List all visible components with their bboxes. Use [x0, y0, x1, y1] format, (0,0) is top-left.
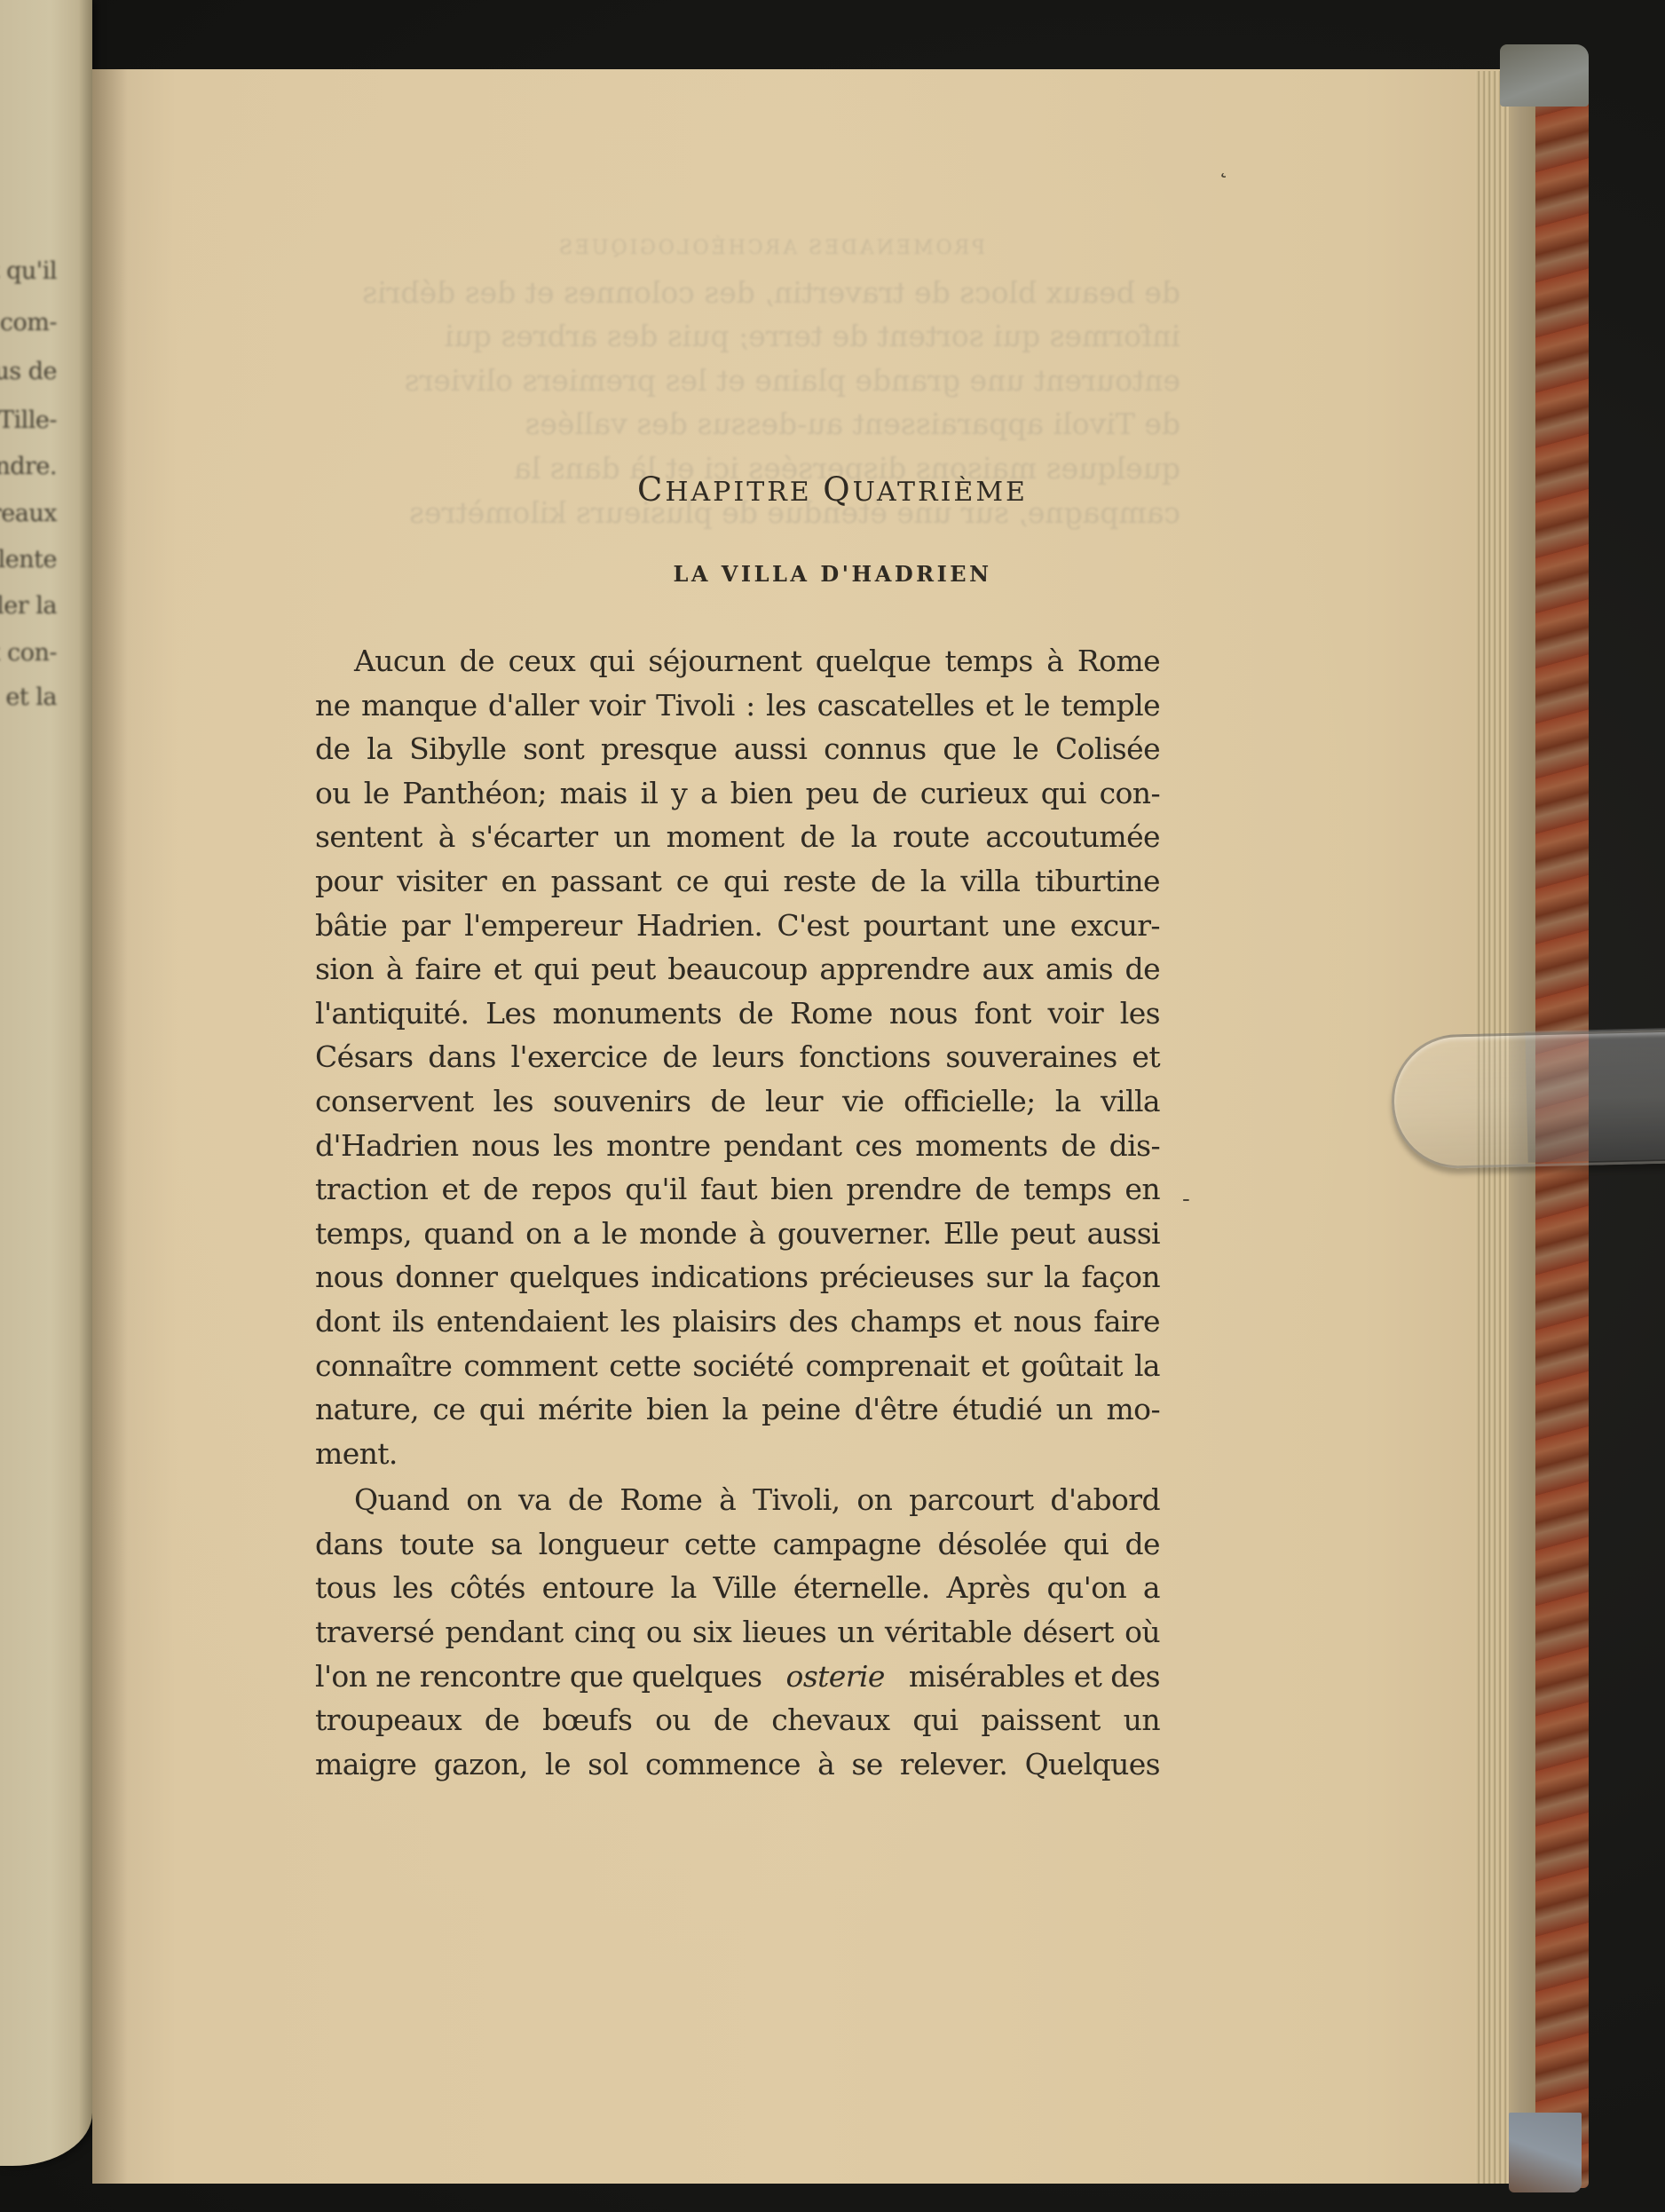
left-fragment-line: Tille-: [0, 407, 57, 434]
italic-word: osterie: [786, 1655, 885, 1699]
text-line: sentent à s'écarter un moment de la rout…: [315, 815, 1160, 859]
gutter-shadow: [92, 69, 128, 2184]
text-fragment: misérables et des: [900, 1655, 1160, 1699]
text-line: ne manque d'aller voir Tivoli : les casc…: [315, 683, 1160, 728]
text-line: nous donner quelques indications précieu…: [315, 1255, 1160, 1300]
left-fragment-line: com-: [0, 309, 57, 336]
left-fragment-line: lus de: [0, 358, 57, 385]
text-line: bâtie par l'empereur Hadrien. C'est pour…: [315, 904, 1160, 948]
chapter-subtitle: LA VILLA D'HADRIEN: [0, 561, 1665, 587]
chapter-title: CHAPITRE QUATRIÈME: [0, 470, 1665, 509]
text-line: l'antiquité. Les monuments de Rome nous …: [315, 991, 1160, 1036]
text-line: conservent les souvenirs de leur vie off…: [315, 1079, 1160, 1124]
stray-mark: ˛: [1218, 153, 1229, 179]
left-fragment-line: gler la: [0, 592, 57, 620]
text-line: maigre gazon, le sol commence à se relev…: [315, 1742, 1160, 1787]
text-line: ou le Panthéon; mais il y a bien peu de …: [315, 771, 1160, 816]
text-line: Quand on va de Rome à Tivoli, on parcour…: [315, 1478, 1160, 1522]
text-line: nature, ce qui mérite bien la peine d'êt…: [315, 1387, 1160, 1432]
text-line: traction et de repos qu'il faut bien pre…: [315, 1167, 1160, 1212]
left-fragment-line: t qu'il: [0, 257, 57, 285]
text-line: de la Sibylle sont presque aussi connus …: [315, 727, 1160, 771]
text-line: dans toute sa longueur cette campagne dé…: [315, 1522, 1160, 1567]
cover-corner-bottom: [1509, 2113, 1582, 2192]
body-text: Aucun de ceux qui séjournent quelque tem…: [315, 639, 1160, 1786]
left-page-fragment: t qu'il com- lus de Tille- indre. rreaux…: [0, 0, 92, 2166]
text-line: temps, quand on a le monde à gouverner. …: [315, 1212, 1160, 1256]
text-line: Aucun de ceux qui séjournent quelque tem…: [315, 639, 1160, 683]
paragraph-2: Quand on va de Rome à Tivoli, on parcour…: [315, 1478, 1160, 1786]
text-line: sion à faire et qui peut beaucoup appren…: [315, 947, 1160, 991]
left-fragment-line: et la: [0, 683, 57, 711]
page-holder-clip: [1390, 1029, 1665, 1170]
margin-dash: -: [1182, 1186, 1190, 1213]
text-line: d'Hadrien nous les montre pendant ces mo…: [315, 1124, 1160, 1168]
text-fragment: l'on ne rencontre que quelques: [315, 1655, 770, 1699]
cover-corner-top: [1500, 44, 1589, 107]
text-line: troupeaux de bœufs ou de chevaux qui pai…: [315, 1698, 1160, 1742]
left-fragment-line: x con-: [0, 639, 57, 667]
text-line: ment.: [315, 1432, 1160, 1476]
text-line: dont ils entendaient les plaisirs des ch…: [315, 1300, 1160, 1344]
text-line: tous les côtés entoure la Ville éternell…: [315, 1566, 1160, 1610]
text-line: connaître comment cette société comprena…: [315, 1344, 1160, 1388]
text-line: l'on ne rencontre que quelques osterie m…: [315, 1655, 1160, 1699]
paragraph-1: Aucun de ceux qui séjournent quelque tem…: [315, 639, 1160, 1475]
text-line: traversé pendant cinq ou six lieues un v…: [315, 1610, 1160, 1655]
text-line: Césars dans l'exercice de leurs fonction…: [315, 1035, 1160, 1079]
text-line: pour visiter en passant ce qui reste de …: [315, 859, 1160, 904]
